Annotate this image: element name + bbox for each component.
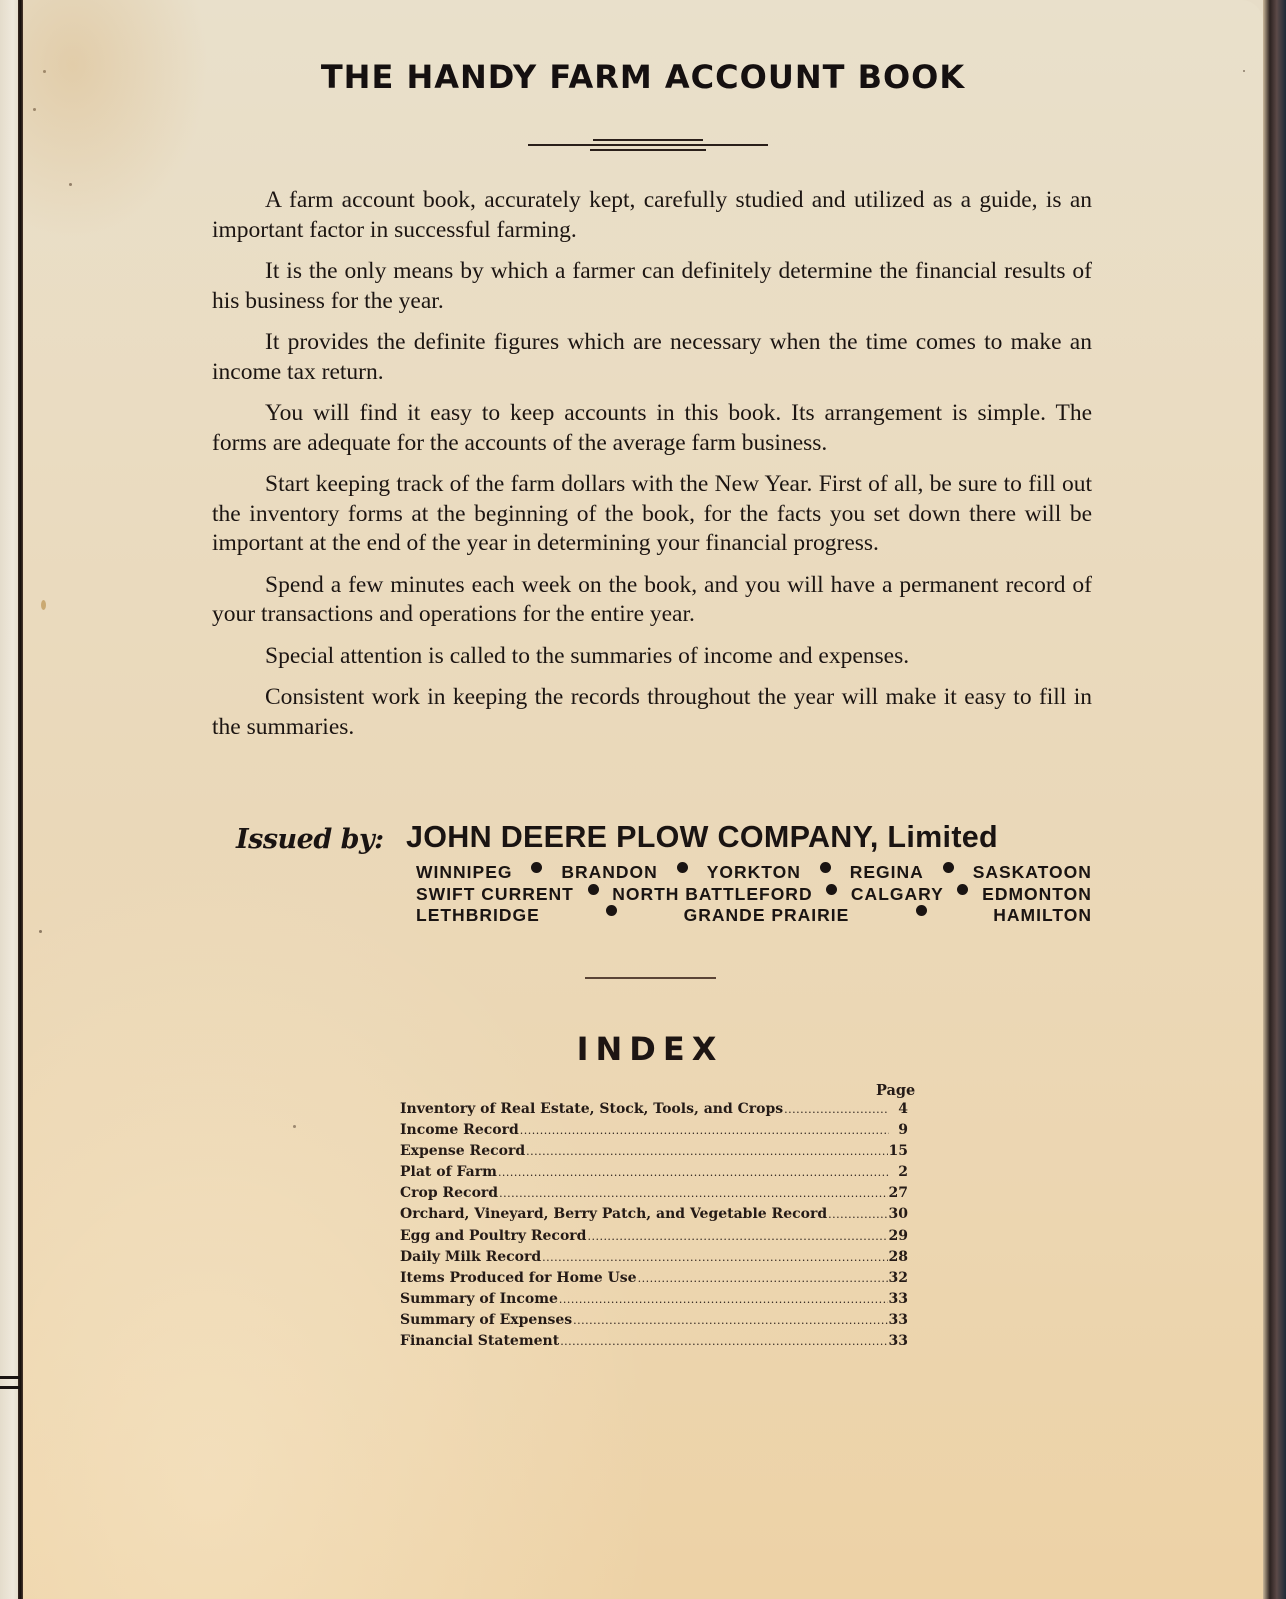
index-entry-page: 33 — [889, 1333, 908, 1349]
index-entry: Orchard, Vineyard, Berry Patch, and Vege… — [400, 1206, 908, 1227]
index-entry: Summary of Expenses.....................… — [400, 1312, 908, 1333]
index-entry: Income Record...........................… — [400, 1122, 908, 1143]
city: SASKATOON — [973, 862, 1092, 884]
dot-leader: ........................................… — [560, 1335, 887, 1348]
index-page-column-header: Page — [876, 1082, 915, 1099]
city: NORTH BATTLEFORD — [612, 884, 812, 906]
city-row: WINNIPEG BRANDON YORKTON REGINA SASKATOO… — [416, 862, 1092, 884]
paper-speck — [39, 930, 42, 933]
paragraph: You will find it easy to keep accounts i… — [212, 399, 1092, 458]
dot-leader: ........................................… — [498, 1166, 889, 1179]
dot-leader: ........................................… — [526, 1145, 887, 1158]
index-entry-label: Expense Record — [400, 1143, 525, 1159]
page-title: THE HANDY FARM ACCOUNT BOOK — [0, 58, 1286, 96]
index-entry: Summary of Income.......................… — [400, 1291, 908, 1312]
paragraph: Spend a few minutes each week on the boo… — [212, 571, 1092, 630]
index-entry: Daily Milk Record.......................… — [400, 1249, 908, 1270]
city: HAMILTON — [993, 905, 1092, 927]
city: LETHBRIDGE — [416, 905, 540, 927]
ornament-line — [590, 149, 706, 151]
index-entry-label: Daily Milk Record — [400, 1249, 541, 1265]
section-divider — [585, 977, 716, 979]
paragraph: Consistent work in keeping the records t… — [212, 683, 1092, 742]
paper-stain — [41, 600, 46, 610]
bullet-icon — [606, 905, 617, 916]
paragraph: Special attention is called to the summa… — [212, 642, 1092, 672]
next-page-edge — [1263, 0, 1286, 1599]
index-entry-page: 2 — [890, 1164, 908, 1180]
paragraph: Start keeping track of the farm dollars … — [212, 470, 1092, 559]
bullet-icon — [916, 905, 927, 916]
bullet-icon — [957, 884, 968, 895]
index-entry-page: 33 — [889, 1291, 908, 1307]
spine-mark — [0, 1376, 20, 1379]
index-entry: Expense Record..........................… — [400, 1143, 908, 1164]
paper-speck — [69, 183, 72, 186]
index-entry-page: 30 — [889, 1206, 908, 1222]
bullet-icon — [531, 862, 542, 873]
index-entry-label: Orchard, Vineyard, Berry Patch, and Vege… — [400, 1206, 827, 1222]
bullet-icon — [826, 884, 837, 895]
paragraph: It provides the definite figures which a… — [212, 328, 1092, 387]
index-entry-label: Plat of Farm — [400, 1164, 497, 1180]
ornament-line — [528, 144, 768, 146]
city-row: SWIFT CURRENT NORTH BATTLEFORD CALGARY E… — [416, 884, 1092, 906]
dot-leader: ........................................… — [573, 1314, 887, 1327]
index-entry-label: Crop Record — [400, 1185, 498, 1201]
intro-text: A farm account book, accurately kept, ca… — [212, 186, 1092, 754]
index-entry-page: 15 — [889, 1143, 908, 1159]
city-row: LETHBRIDGE GRANDE PRAIRIE HAMILTON — [416, 905, 1092, 927]
city: CALGARY — [851, 884, 944, 906]
bullet-icon — [943, 862, 954, 873]
city: SWIFT CURRENT — [416, 884, 574, 906]
dot-leader: ........................................… — [828, 1208, 887, 1221]
index-title: INDEX — [0, 1030, 1286, 1068]
index-entry-label: Items Produced for Home Use — [400, 1270, 637, 1286]
issuer-block: Issued by: JOHN DEERE PLOW COMPANY, Limi… — [236, 818, 1096, 868]
city: BRANDON — [561, 862, 657, 884]
city: YORKTON — [707, 862, 801, 884]
index-entry-page: 29 — [889, 1228, 908, 1244]
paper-speck — [293, 1125, 296, 1128]
dot-leader: ........................................… — [559, 1293, 888, 1306]
index-entry-page: 28 — [889, 1249, 908, 1265]
index-entry-label: Income Record — [400, 1122, 519, 1138]
index-entry-label: Financial Statement — [400, 1333, 559, 1349]
issued-by-label: Issued by: — [236, 824, 384, 855]
branch-cities: WINNIPEG BRANDON YORKTON REGINA SASKATOO… — [416, 862, 1092, 927]
index-entry: Egg and Poultry Record..................… — [400, 1228, 908, 1249]
company-name: JOHN DEERE PLOW COMPANY, Limited — [406, 820, 998, 855]
index-entry: Crop Record.............................… — [400, 1185, 908, 1206]
index-entry-page: 9 — [890, 1122, 908, 1138]
index-entry: Financial Statement.....................… — [400, 1333, 908, 1354]
bullet-icon — [677, 862, 688, 873]
dot-leader: ........................................… — [638, 1272, 888, 1285]
city: WINNIPEG — [416, 862, 512, 884]
index-entry-page: 32 — [889, 1270, 908, 1286]
city: EDMONTON — [982, 884, 1092, 906]
index-entry: Items Produced for Home Use.............… — [400, 1270, 908, 1291]
index-entry-page: 33 — [889, 1312, 908, 1328]
dot-leader: ........................................… — [784, 1103, 889, 1116]
paragraph: A farm account book, accurately kept, ca… — [212, 186, 1092, 245]
index-entry-label: Summary of Income — [400, 1291, 558, 1307]
ornament-line — [593, 139, 703, 141]
dot-leader: ........................................… — [542, 1251, 887, 1264]
bullet-icon — [820, 862, 831, 873]
dot-leader: ........................................… — [587, 1230, 887, 1243]
index-entry-page: 4 — [890, 1101, 908, 1117]
city: REGINA — [850, 862, 924, 884]
dot-leader: ........................................… — [499, 1187, 887, 1200]
index-entry-label: Summary of Expenses — [400, 1312, 572, 1328]
index-entry-label: Inventory of Real Estate, Stock, Tools, … — [400, 1101, 783, 1117]
paragraph: It is the only means by which a farmer c… — [212, 257, 1092, 316]
city: GRANDE PRAIRIE — [684, 905, 850, 927]
dot-leader: ........................................… — [520, 1124, 889, 1137]
index-entry-page: 27 — [889, 1185, 908, 1201]
index-entry: Plat of Farm............................… — [400, 1164, 908, 1185]
paper-speck — [33, 108, 36, 111]
spine-mark — [0, 1386, 20, 1389]
index-entry-label: Egg and Poultry Record — [400, 1228, 586, 1244]
bullet-icon — [588, 884, 599, 895]
index-list: Inventory of Real Estate, Stock, Tools, … — [400, 1101, 908, 1354]
index-entry: Inventory of Real Estate, Stock, Tools, … — [400, 1101, 908, 1122]
title-ornament-rule — [528, 138, 768, 152]
